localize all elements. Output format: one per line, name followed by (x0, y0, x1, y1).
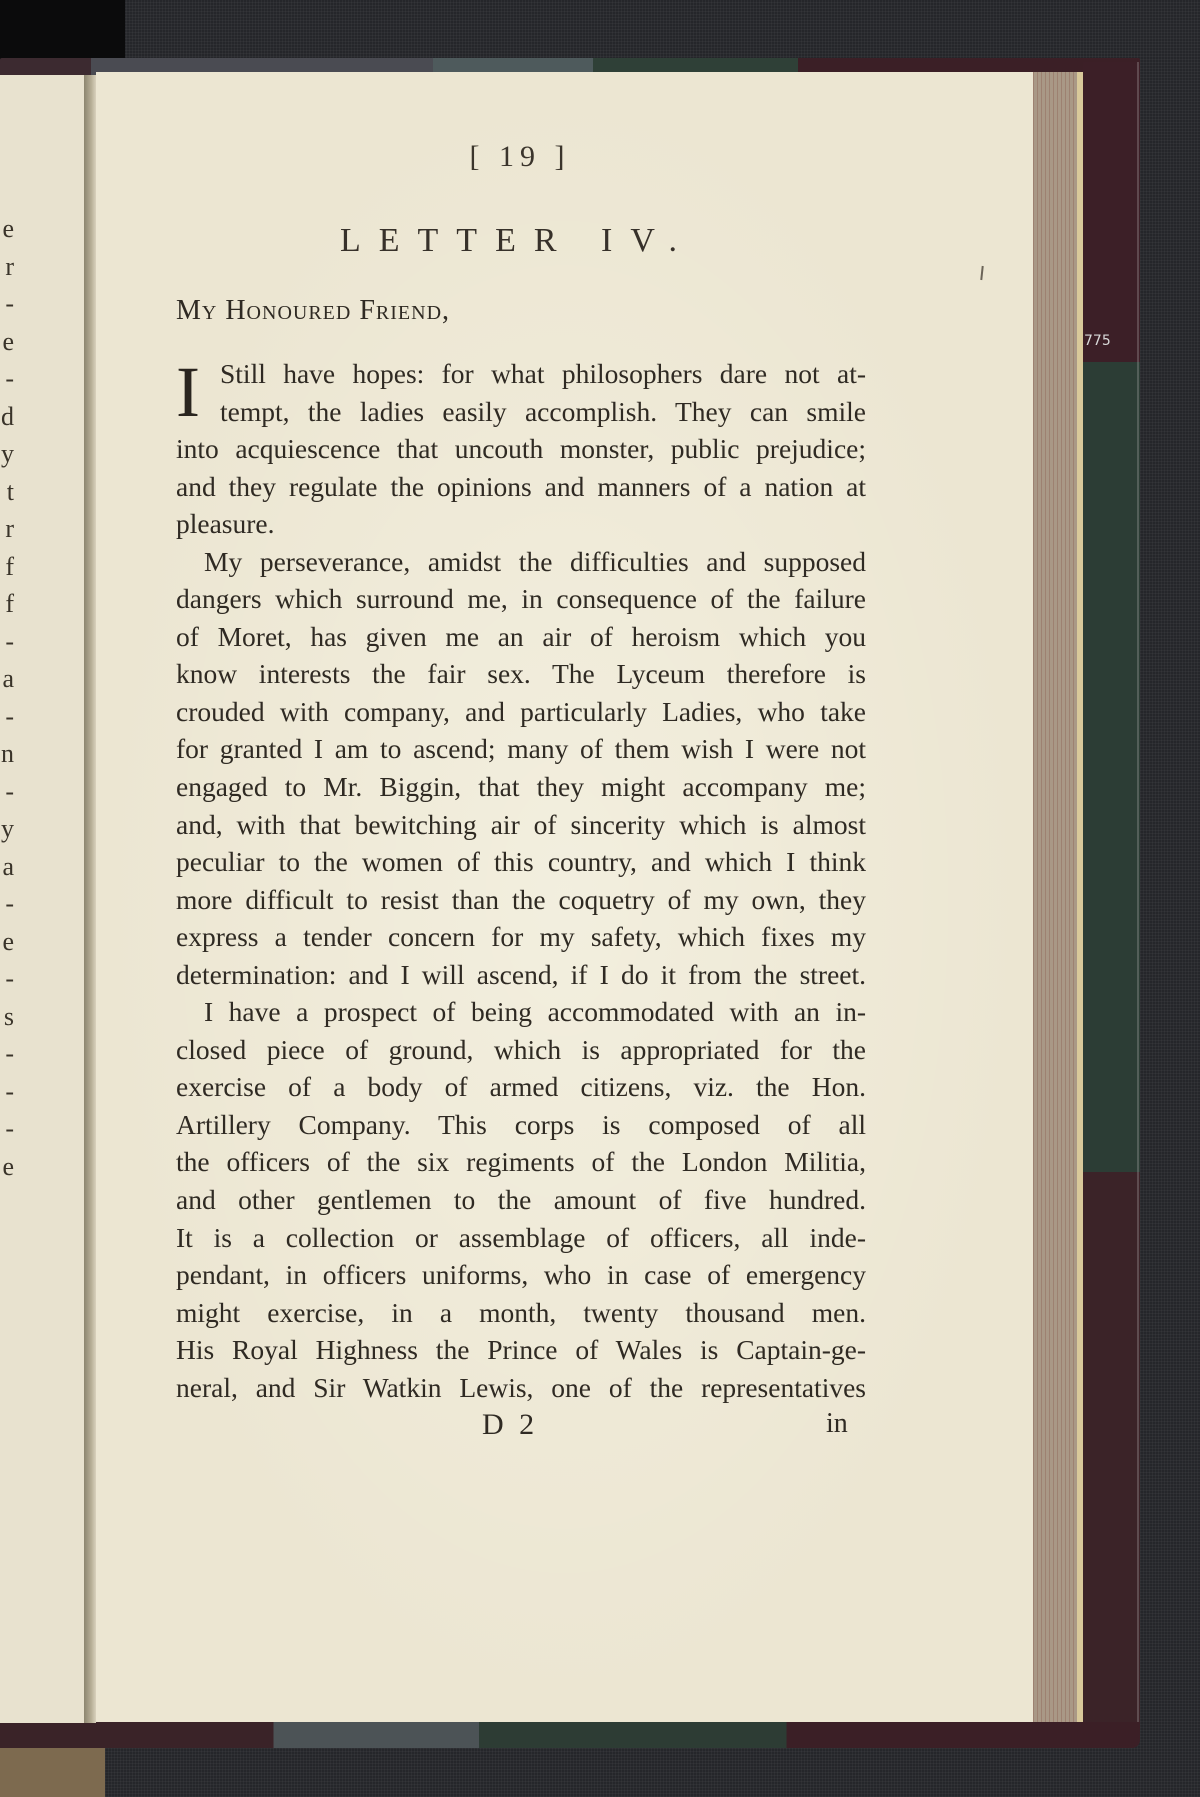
text-line: pleasure. (176, 505, 866, 543)
text-line: crouded with company, and particularly L… (176, 693, 866, 731)
facing-page-glyph: - (0, 960, 14, 998)
text-line: I have a prospect of being accommodated … (176, 993, 866, 1031)
letter-heading: LETTER IV. (340, 222, 700, 260)
facing-page-glyph: d (0, 398, 14, 436)
text-line: of Moret, has given me an air of heroism… (176, 618, 866, 656)
facing-page-glyph: e (0, 210, 14, 248)
text-line: closed piece of ground, which is appropr… (176, 1031, 866, 1069)
facing-page-glyph: - (0, 360, 14, 398)
facing-page-glyph: e (0, 923, 14, 961)
text-line: determination: and I will ascend, if I d… (176, 956, 866, 994)
facing-page-glyph: - (0, 698, 14, 736)
text-line: and other gentlemen to the amount of fiv… (176, 1181, 866, 1219)
text-line: know interests the fair sex. The Lyceum … (176, 655, 866, 693)
text-line: express a tender concern for my safety, … (176, 918, 866, 956)
facing-page-glyph: - (0, 885, 14, 923)
facing-page-glyph: f (0, 585, 14, 623)
page-fore-edge (1033, 72, 1077, 1722)
book-cover-right-edge (1083, 62, 1140, 1742)
page-number: [ 19 ] (420, 140, 620, 174)
book-gutter (84, 75, 96, 1723)
facing-page-glyph: y (0, 810, 14, 848)
color-calibration-block (0, 1748, 105, 1797)
facing-page-text-fragments: er-e-dytrff-a-n-ya-e-s---e (0, 210, 14, 1185)
facing-page-glyph: - (0, 773, 14, 811)
text-line: for granted I am to ascend; many of them… (176, 730, 866, 768)
text-line: dangers which surround me, in consequenc… (176, 580, 866, 618)
page-fore-edge-strip (1077, 72, 1083, 1722)
book-cover-bottom-edge (0, 1722, 1140, 1748)
facing-page-glyph: - (0, 1035, 14, 1073)
salutation: My Honoured Friend, (176, 295, 450, 327)
catchword: in (826, 1408, 848, 1440)
text-line: engaged to Mr. Biggin, that they might a… (176, 768, 866, 806)
facing-page-glyph: - (0, 1110, 14, 1148)
facing-page-glyph: a (0, 848, 14, 886)
facing-page-glyph: f (0, 548, 14, 586)
facing-page-glyph: r (0, 510, 14, 548)
facing-page-glyph: - (0, 285, 14, 323)
drop-cap: I (176, 357, 200, 427)
text-line: Artillery Company. This corps is compose… (176, 1106, 866, 1144)
facing-page-glyph: s (0, 998, 14, 1036)
text-line: more difficult to resist than the coquet… (176, 881, 866, 919)
facing-page-glyph: n (0, 735, 14, 773)
text-line: might exercise, in a month, twenty thous… (176, 1294, 866, 1332)
facing-page-glyph: r (0, 248, 14, 286)
facing-page-glyph: a (0, 660, 14, 698)
text-line: His Royal Highness the Prince of Wales i… (176, 1331, 866, 1369)
facing-page-glyph: y (0, 435, 14, 473)
text-line: My perseverance, amidst the difficulties… (176, 543, 866, 581)
text-line: tempt, the ladies easily accomplish. The… (176, 393, 866, 431)
letter-body: I Still have hopes: for what philosopher… (176, 355, 866, 1406)
text-line: and, with that bewitching air of sinceri… (176, 806, 866, 844)
facing-page-glyph: e (0, 323, 14, 361)
text-line: It is a collection or assemblage of offi… (176, 1219, 866, 1257)
shelf-mark: 775 (1084, 333, 1111, 349)
signature-mark: D 2 (482, 1408, 538, 1442)
facing-page-glyph: - (0, 1073, 14, 1111)
facing-page-glyph: e (0, 1148, 14, 1186)
text-line: exercise of a body of armed citizens, vi… (176, 1068, 866, 1106)
text-line: Still have hopes: for what philosophers … (176, 355, 866, 393)
text-line: into acquiescence that uncouth monster, … (176, 430, 866, 468)
text-line: neral, and Sir Watkin Lewis, one of the … (176, 1369, 866, 1407)
text-line: pendant, in officers uniforms, who in ca… (176, 1256, 866, 1294)
background-shadow (0, 0, 125, 66)
facing-page-glyph: - (0, 623, 14, 661)
text-line: peculiar to the women of this country, a… (176, 843, 866, 881)
text-line: and they regulate the opinions and manne… (176, 468, 866, 506)
text-line: the officers of the six regiments of the… (176, 1143, 866, 1181)
facing-page-glyph: t (0, 473, 14, 511)
